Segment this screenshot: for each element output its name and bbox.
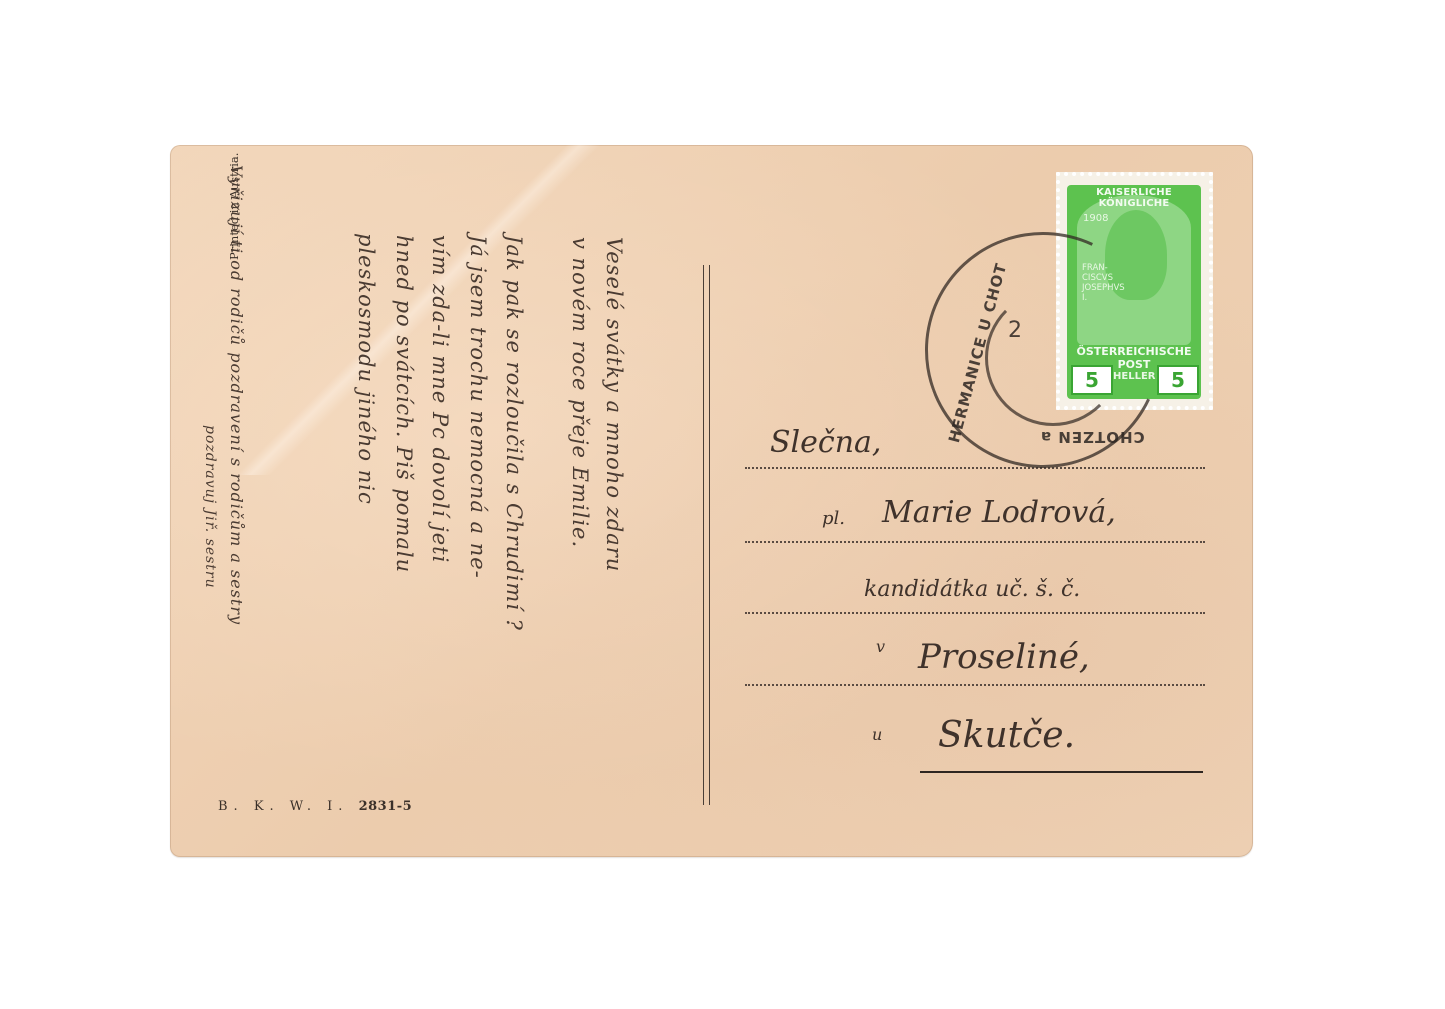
message-line: Já jsem trochu nemocná a ne- (466, 235, 490, 579)
address-dotted-line (745, 467, 1205, 469)
center-divider (703, 265, 710, 805)
publisher-number: 2831-5 (359, 799, 413, 814)
address-dotted-line (745, 684, 1205, 686)
address-region: Skutče. (938, 715, 1075, 756)
message-line: v novém roce přeje Emilie. (568, 237, 592, 548)
address-place-prefix: v (876, 637, 885, 656)
stamp-value-right: 5 (1157, 365, 1199, 395)
postmark-date: 2 (1008, 318, 1022, 343)
message-line: Veselé svátky a mnoho zdaru (602, 237, 626, 572)
message-line: vím zda-li mne Pc dovolí jeti (428, 235, 452, 563)
publisher-letters: B. K. W. I. (218, 799, 348, 814)
message-line: hned po svátcích. Piš pomalu (392, 235, 416, 573)
address-title: kandidátka uč. š. č. (864, 577, 1080, 602)
message-line: Vyřizují ti od rodičů pozdravení s rodič… (227, 165, 246, 625)
message-line: pozdravuj Jiř. sestru (202, 425, 218, 589)
stamp-year: 1908 (1083, 213, 1108, 224)
address-dotted-line (745, 612, 1205, 614)
address-salutation: Slečna, (770, 425, 881, 460)
address-place: Proseliné, (918, 637, 1090, 677)
address-prefix: pl. (822, 508, 845, 529)
address-dotted-line (745, 541, 1205, 543)
postmark-bottom-text: CHOTZEN a (1040, 428, 1145, 446)
address-underline (920, 771, 1203, 773)
publisher-code: B. K. W. I. 2831-5 (218, 799, 412, 814)
address-name: Marie Lodrová, (882, 495, 1116, 530)
postmark-inner-ring (985, 290, 1121, 426)
message-line: Jak pak se rozloučila s Chrudimí ? (502, 235, 526, 631)
message-line: pleskosmodu jiného nic (354, 233, 378, 505)
stamp-top-text: KAISERLICHE KÖNIGLICHE (1067, 187, 1201, 209)
address-region-prefix: u (872, 725, 882, 744)
